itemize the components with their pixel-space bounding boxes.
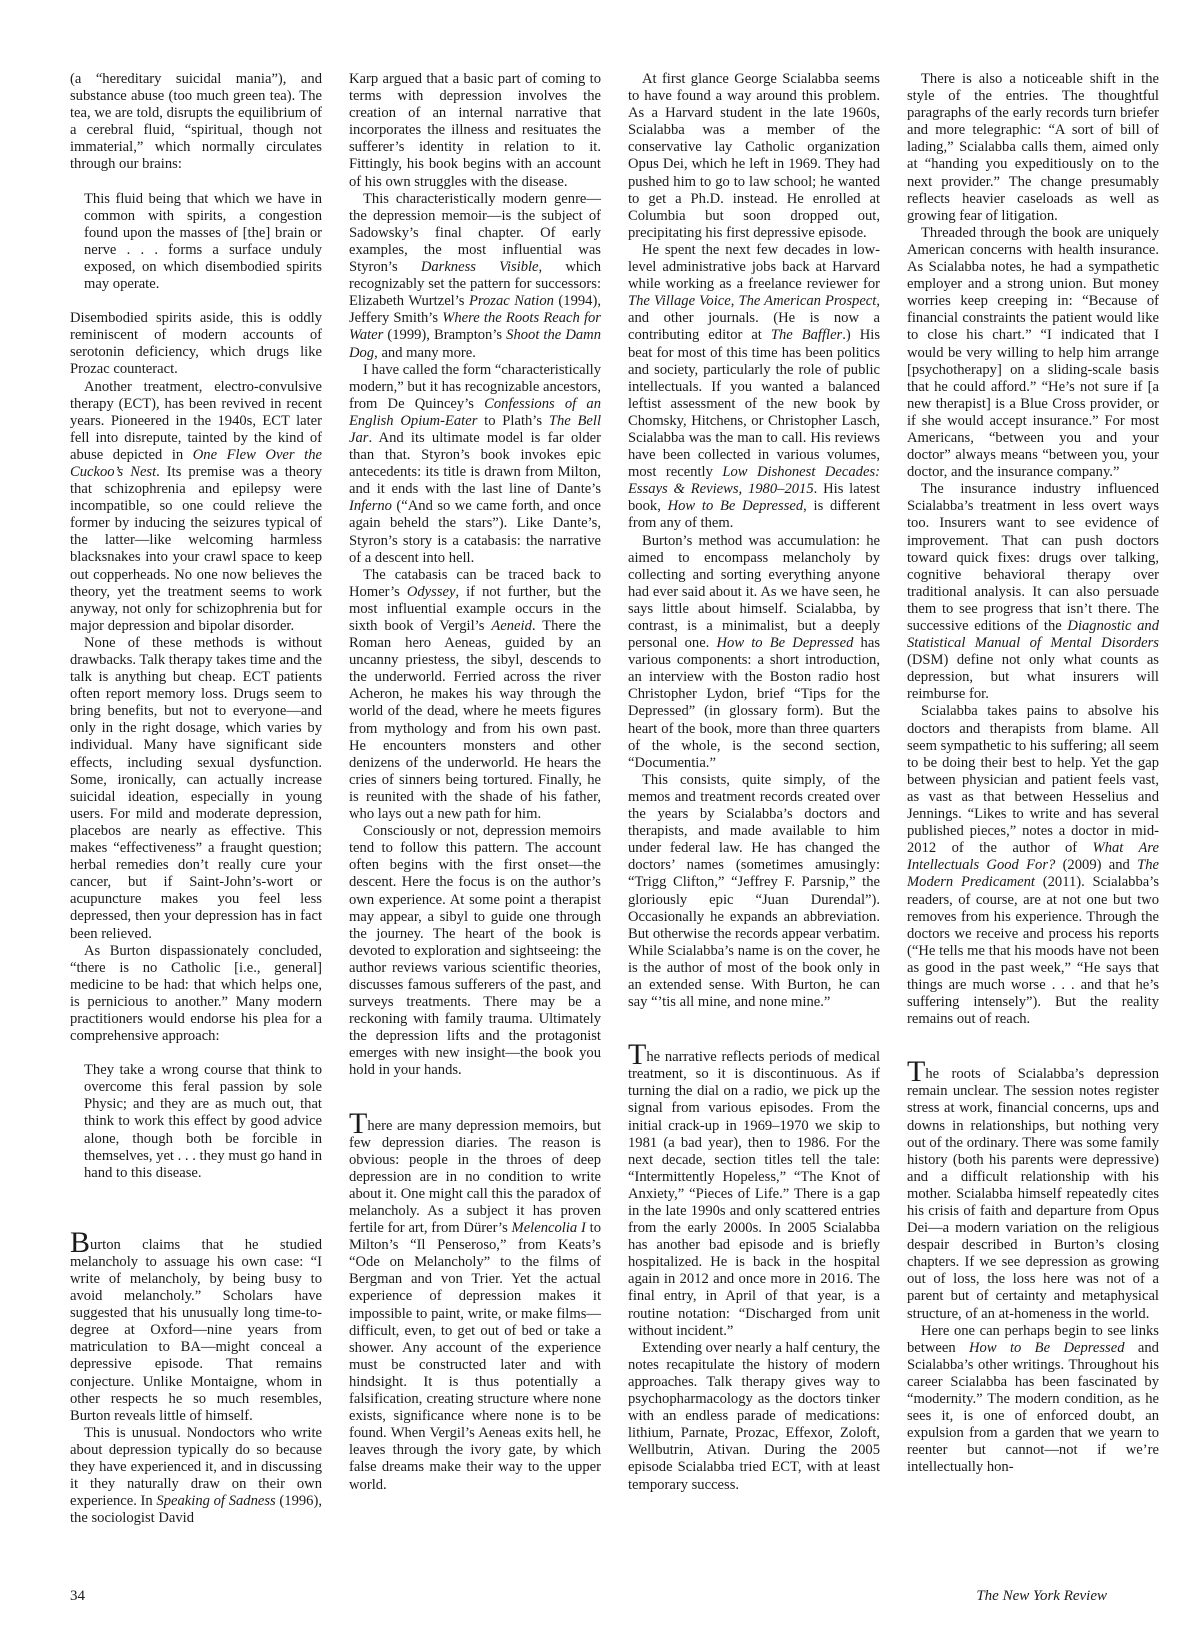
italic-title: Inferno	[349, 498, 392, 514]
section-opening-paragraph: Burton claims that he studied melancholy…	[70, 1233, 322, 1425]
text-run: to Plath’s	[477, 413, 548, 429]
text-run: Burton’s method was accumulation: he aim…	[628, 533, 880, 652]
quote-text: This fluid being that which we have in c…	[84, 191, 322, 294]
text-run: . And its ultimate model is far older th…	[349, 430, 601, 497]
italic-title: Melencolia I	[512, 1220, 586, 1236]
paragraph: Karp argued that a basic part of coming …	[349, 71, 601, 191]
text-run: Extending over nearly a half century, th…	[628, 1340, 880, 1493]
section-break	[349, 1080, 601, 1114]
text-column-4: There is also a noticeable shift in the …	[907, 71, 1159, 1477]
text-run: and Scialabba’s other writings. Througho…	[907, 1340, 1159, 1476]
text-run: here are many depression memoirs, but fe…	[349, 1118, 601, 1237]
text-run: There is also a noticeable shift in the …	[907, 71, 1159, 224]
text-run: The insurance industry influenced Sciala…	[907, 481, 1159, 634]
text-run: has various components: a short introduc…	[628, 635, 880, 771]
text-run: (1999), Brampton’s	[383, 327, 506, 343]
section-opening-paragraph: The roots of Scialabba’s depression rema…	[907, 1062, 1159, 1322]
magazine-page: (a “hereditary suicidal mania”), and sub…	[0, 0, 1200, 1633]
text-run: Karp argued that a basic part of coming …	[349, 71, 601, 190]
paragraph: None of these methods is without drawbac…	[70, 635, 322, 943]
section-opening-paragraph: The narrative reflects periods of medica…	[628, 1045, 880, 1340]
section-break	[70, 1199, 322, 1233]
text-run: At first glance George Scialabba seems t…	[628, 71, 880, 241]
paragraph: The catabasis can be traced back to Home…	[349, 567, 601, 823]
paragraph: Burton’s method was accumulation: he aim…	[628, 533, 880, 772]
italic-title: Odyssey	[407, 584, 456, 600]
paragraph: This is unusual. Nondoctors who write ab…	[70, 1425, 322, 1528]
italic-title: The Baffler	[771, 327, 842, 343]
text-run: None of these methods is without drawbac…	[70, 635, 322, 942]
paragraph: Extending over nearly a half century, th…	[628, 1340, 880, 1494]
paragraph: Another treatment, electro-convulsive th…	[70, 379, 322, 635]
italic-title: Darkness Visible	[421, 259, 539, 275]
text-run: Disembodied spirits aside, this is oddly…	[70, 310, 322, 377]
paragraph: As Burton dispassionately concluded, “th…	[70, 943, 322, 1046]
paragraph: This consists, quite simply, of the memo…	[628, 772, 880, 1011]
text-run: (2011). Scialabba’s readers, of course, …	[907, 874, 1159, 1027]
paragraph: Threaded through the book are uniquely A…	[907, 225, 1159, 481]
section-break	[907, 1028, 1159, 1062]
text-column-3: At first glance George Scialabba seems t…	[628, 71, 880, 1494]
paragraph: Scialabba takes pains to absolve his doc…	[907, 703, 1159, 1028]
text-column-1: (a “hereditary suicidal mania”), and sub…	[70, 71, 322, 1527]
italic-title: The Village Voice	[628, 293, 731, 309]
paragraph: Here one can perhaps begin to see links …	[907, 1323, 1159, 1477]
page-number: 34	[70, 1588, 85, 1605]
text-run: to Milton’s “Il Penseroso,” from Keats’s…	[349, 1220, 601, 1492]
text-run: he roots of Scialabba’s depression remai…	[907, 1066, 1159, 1321]
paragraph: At first glance George Scialabba seems t…	[628, 71, 880, 242]
text-run: (2009) and	[1055, 857, 1137, 873]
text-run: . There the Roman hero Aeneas, guided by…	[349, 618, 601, 822]
text-run: They take a wrong course that think to o…	[84, 1062, 322, 1181]
paragraph: (a “hereditary suicidal mania”), and sub…	[70, 71, 322, 174]
italic-title: The American Prospect	[738, 293, 876, 309]
text-run: urton claims that he studied melancholy …	[70, 1237, 322, 1424]
publication-name: The New York Review	[976, 1588, 1107, 1605]
paragraph: Disembodied spirits aside, this is oddly…	[70, 310, 322, 378]
italic-title: How to Be Depressed	[717, 635, 854, 651]
paragraph: There is also a noticeable shift in the …	[907, 71, 1159, 225]
text-run: As Burton dispassionately concluded, “th…	[70, 943, 322, 1044]
text-run: (DSM) define not only what counts as dep…	[907, 652, 1159, 702]
quote-text: They take a wrong course that think to o…	[84, 1062, 322, 1182]
text-run: Threaded through the book are uniquely A…	[907, 225, 1159, 480]
paragraph: I have called the form “characteristical…	[349, 362, 601, 567]
paragraph: He spent the next few decades in low-lev…	[628, 242, 880, 533]
text-column-2: Karp argued that a basic part of coming …	[349, 71, 601, 1494]
paragraph: The insurance industry influenced Sciala…	[907, 481, 1159, 703]
text-run: He spent the next few decades in low-lev…	[628, 242, 880, 292]
text-run: This consists, quite simply, of the memo…	[628, 772, 880, 1010]
italic-title: How to Be Depressed	[668, 498, 804, 514]
text-run: , and many more.	[374, 345, 476, 361]
italic-title: Prozac Nation	[469, 293, 554, 309]
italic-title: How to Be Depressed	[969, 1340, 1125, 1356]
section-opening-paragraph: There are many depression memoirs, but f…	[349, 1114, 601, 1494]
text-run: Scialabba takes pains to absolve his doc…	[907, 703, 1159, 856]
text-run: .) His beat for most of this time has be…	[628, 327, 880, 480]
text-run: Consciously or not, depression memoirs t…	[349, 823, 601, 1078]
text-run: he narrative reflects periods of medical…	[628, 1049, 880, 1339]
italic-title: Aeneid	[491, 618, 532, 634]
text-run: This fluid being that which we have in c…	[84, 191, 322, 292]
section-break	[628, 1011, 880, 1045]
text-run: (a “hereditary suicidal mania”), and sub…	[70, 71, 322, 172]
text-run: . Its premise was a theory that schizoph…	[70, 464, 322, 634]
block-quote: This fluid being that which we have in c…	[84, 191, 322, 294]
paragraph: Consciously or not, depression memoirs t…	[349, 823, 601, 1079]
block-quote: They take a wrong course that think to o…	[84, 1062, 322, 1182]
paragraph: This characteristically modern genre—the…	[349, 191, 601, 362]
italic-title: Speaking of Sadness	[156, 1493, 275, 1509]
